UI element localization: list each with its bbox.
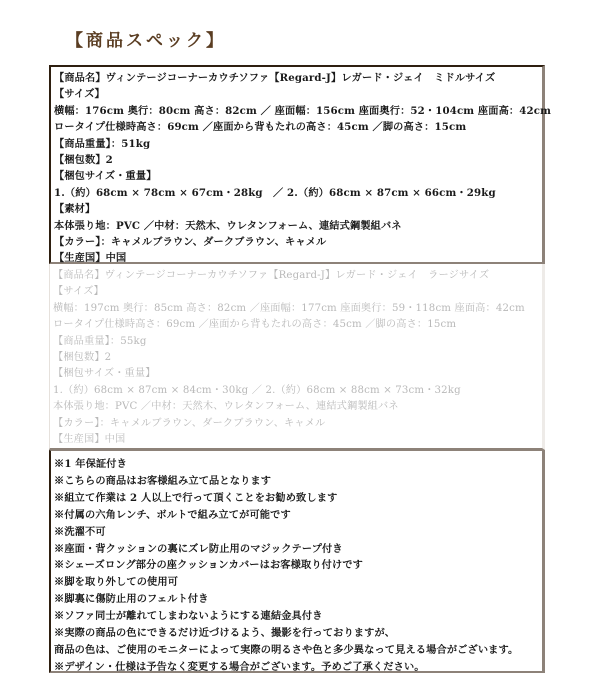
note-no-washing: ※洗濯不可 [54,524,538,541]
size-low-type: ロータイプ仕様時高さ：69cm ／座面から背もたれの高さ：45cm ／脚の高さ：… [53,317,538,333]
package-size-values: 1.（約）68cm × 87cm × 84cm・30kg ／ 2.（約）68cm… [53,383,538,399]
note-self-assembly: ※こちらの商品はお客様組み立て品となります [54,473,538,490]
note-velcro: ※座面・背クッションの裏にズレ防止用のマジックテープ付き [54,541,538,558]
section-title: 【商品スペック】 [66,26,226,51]
size-heading: 【サイズ】 [54,86,538,102]
note-felt-pads: ※脚裏に傷防止用のフェルト付き [54,591,538,608]
material-values: 本体張り地：PVC ／中材：天然木、ウレタンフォーム、連結式鋼製組バネ [54,218,538,234]
spec-box-middle-size: 【商品名】ヴィンテージコーナーカウチソファ【Regard-J】レガード・ジェイ … [49,65,545,264]
note-connector: ※ソファ同士が離れてしまわないようにする連結金具付き [54,608,538,625]
note-two-people: ※組立て作業は 2 人以上で行って頂くことをお勧め致します [54,490,538,507]
size-dimensions: 横幅：176cm 奥行：80cm 高さ：82cm ／ 座面幅：156cm 座面奥… [54,103,538,119]
note-removable-legs: ※脚を取り外しての使用可 [54,574,538,591]
size-heading: 【サイズ】 [53,284,538,300]
package-size-heading: 【梱包サイズ・重量】 [54,168,538,184]
package-count: 【梱包数】2 [53,350,538,366]
note-warranty: ※1 年保証付き [54,456,538,473]
note-chaise-cover: ※シェーズロング部分の座クッションカバーはお客様取り付けです [54,557,538,574]
package-size-values: 1.（約）68cm × 78cm × 67cm・28kg ／ 2.（約）68cm… [54,185,538,201]
notes-box: ※1 年保証付き ※こちらの商品はお客様組み立て品となります ※組立て作業は 2… [49,450,545,673]
material-heading: 【素材】 [54,201,538,217]
note-design-change: ※デザイン・仕様は予告なく変更する場合がございます。予めご了承ください。 [54,659,538,676]
note-color-monitor: 商品の色は、ご使用のモニターによって実際の明るさや色と多少異なって見える場合がご… [54,642,538,659]
color-options: 【カラー】：キャメルブラウン、ダークブラウン、キャメル [53,416,538,432]
size-low-type: ロータイプ仕様時高さ：69cm ／座面から背もたれの高さ：45cm ／脚の高さ：… [54,119,538,135]
color-options: 【カラー】：キャメルブラウン、ダークブラウン、キャメル [54,234,538,250]
note-hex-wrench: ※付属の六角レンチ、ボルトで組み立てが可能です [54,507,538,524]
material-values: 本体張り地：PVC ／中材：天然木、ウレタンフォーム、連結式鋼製組バネ [53,399,538,415]
product-weight: 【商品重量】：55kg [53,334,538,350]
package-size-heading: 【梱包サイズ・重量】 [53,366,538,382]
product-weight: 【商品重量】：51kg [54,136,538,152]
package-count: 【梱包数】2 [54,152,538,168]
product-name: 【商品名】ヴィンテージコーナーカウチソファ【Regard-J】レガード・ジェイ … [54,70,538,86]
note-color-photo: ※実際の商品の色にできるだけ近づけるよう、撮影を行っておりますが、 [54,625,538,642]
size-dimensions: 横幅：197cm 奥行：85cm 高さ：82cm ／座面幅：177cm 座面奥行… [53,301,538,317]
spec-box-large-size: 【商品名】ヴィンテージコーナーカウチソファ【Regard-J】レガード・ジェイ … [49,264,545,450]
country-of-origin: 【生産国】中国 [53,432,538,448]
product-name: 【商品名】ヴィンテージコーナーカウチソファ【Regard-J】レガード・ジェイ … [53,268,538,284]
